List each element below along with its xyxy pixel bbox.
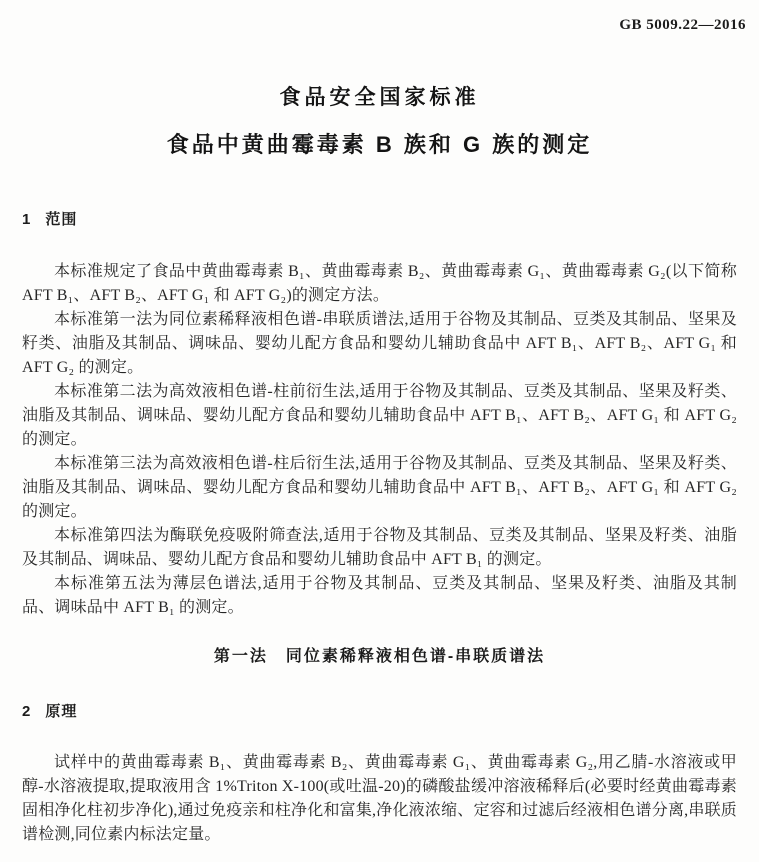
method-1-heading: 第一法同位素稀释液相色谱-串联质谱法 xyxy=(22,646,737,668)
scope-paragraph-2: 本标准第一法为同位素稀释液相色谱-串联质谱法,适用于谷物及其制品、豆类及其制品、… xyxy=(22,308,737,380)
method-1-number: 第一法 xyxy=(214,646,268,668)
method-1-title: 同位素稀释液相色谱-串联质谱法 xyxy=(286,648,545,665)
section-2-number: 2 xyxy=(22,702,31,721)
standard-code: GB 5009.22—2016 xyxy=(619,17,746,34)
section-2-title: 原理 xyxy=(45,703,77,720)
scope-paragraph-5: 本标准第四法为酶联免疫吸附筛查法,适用于谷物及其制品、豆类及其制品、坚果及籽类、… xyxy=(22,524,737,572)
scope-paragraph-3: 本标准第二法为高效液相色谱-柱前衍生法,适用于谷物及其制品、豆类及其制品、坚果及… xyxy=(22,380,737,452)
section-2-heading: 2原理 xyxy=(22,702,737,721)
doc-title-line1: 食品安全国家标准 xyxy=(0,84,759,112)
scope-paragraph-1: 本标准规定了食品中黄曲霉毒素 B₁、黄曲霉毒素 B₂、黄曲霉毒素 G₁、黄曲霉毒… xyxy=(22,260,737,308)
section-1-number: 1 xyxy=(22,210,31,229)
document-body: 1范围 本标准规定了食品中黄曲霉毒素 B₁、黄曲霉毒素 B₂、黄曲霉毒素 G₁、… xyxy=(0,210,759,847)
section-1-heading: 1范围 xyxy=(22,210,737,229)
scope-paragraph-4: 本标准第三法为高效液相色谱-柱后衍生法,适用于谷物及其制品、豆类及其制品、坚果及… xyxy=(22,452,737,524)
scope-paragraph-6: 本标准第五法为薄层色谱法,适用于谷物及其制品、豆类及其制品、坚果及籽类、油脂及其… xyxy=(22,572,737,620)
section-1-title: 范围 xyxy=(45,211,77,228)
document-page: GB 5009.22—2016 食品安全国家标准 食品中黄曲霉毒素 B 族和 G… xyxy=(0,0,759,862)
principle-paragraph-1: 试样中的黄曲霉毒素 B₁、黄曲霉毒素 B₂、黄曲霉毒素 G₁、黄曲霉毒素 G₂,… xyxy=(22,751,737,847)
doc-title-line2: 食品中黄曲霉毒素 B 族和 G 族的测定 xyxy=(0,130,759,160)
